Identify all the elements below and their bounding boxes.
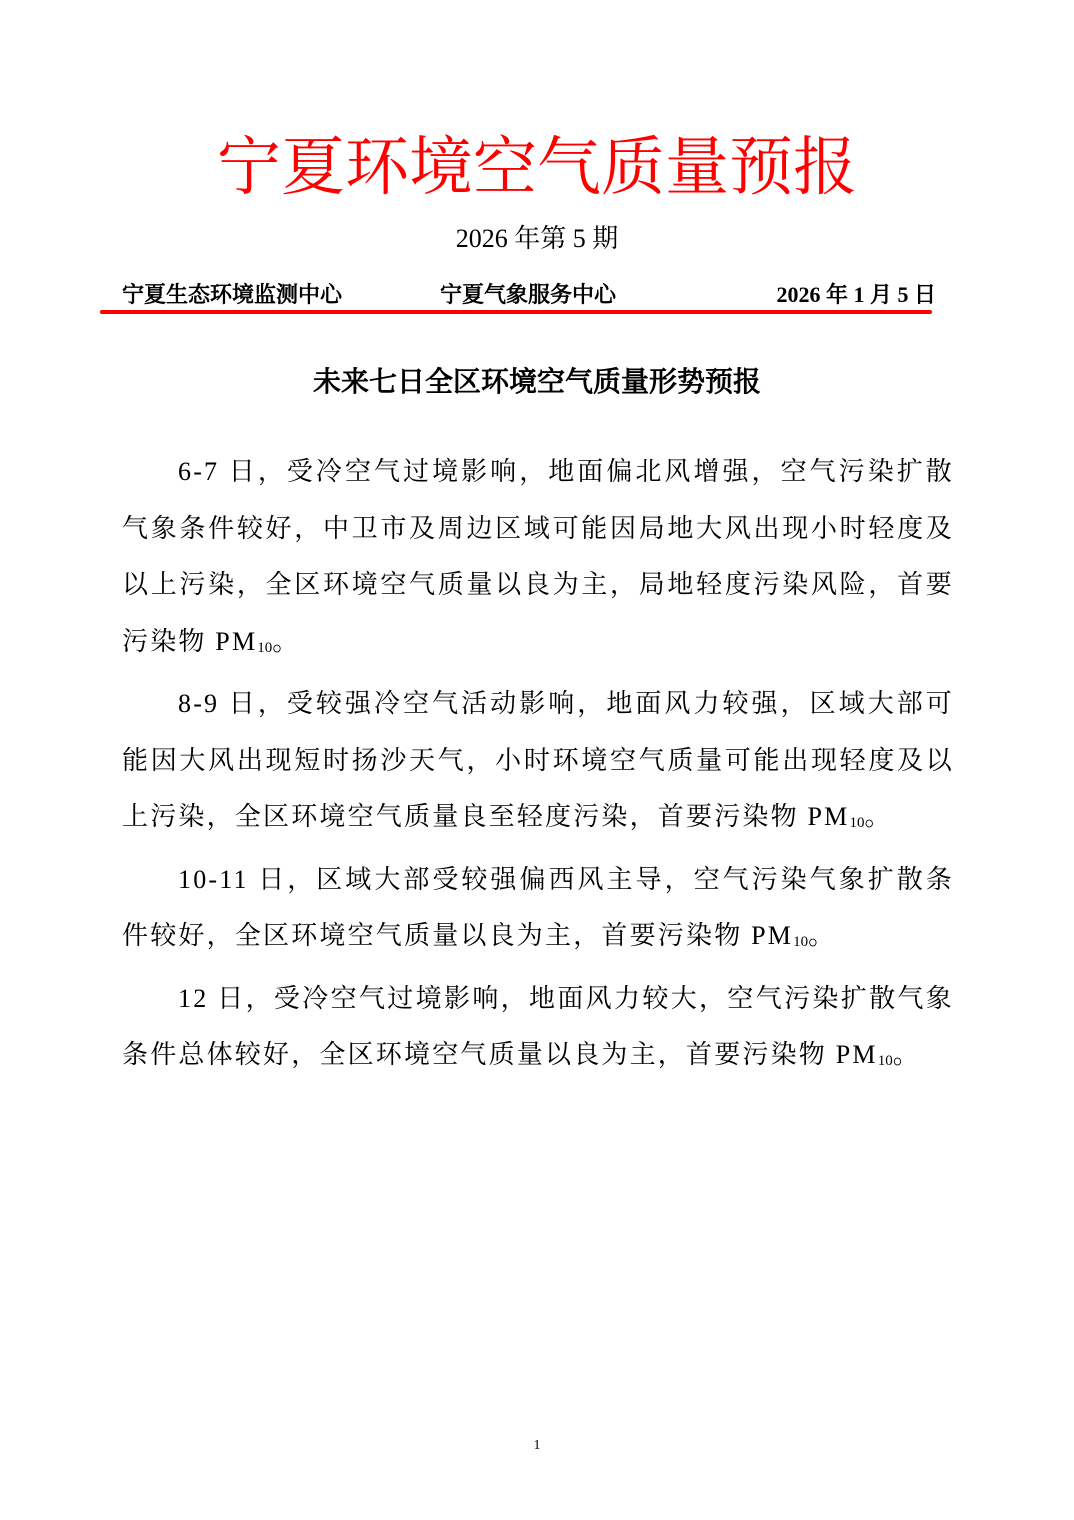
paragraph-6-7: 6-7 日，受冷空气过境影响，地面偏北风增强，空气污染扩散气象条件较好，中卫市及… (122, 444, 954, 676)
page-number: 1 (0, 1438, 1074, 1454)
issuer-meteorological-center: 宁夏气象服务中心 (440, 280, 616, 310)
paragraph-12: 12 日，受冷空气过境影响，地面风力较大，空气污染扩散气象条件总体较好，全区环境… (122, 971, 954, 1090)
issuer-row: 宁夏生态环境监测中心 宁夏气象服务中心 2026 年 1 月 5 日 (122, 280, 936, 310)
paragraph-8-9: 8-9 日，受较强冷空气活动影响，地面风力较强，区域大部可能因大风出现短时扬沙天… (122, 676, 954, 852)
masthead-title: 宁夏环境空气质量预报 (0, 128, 1074, 208)
document-title: 未来七日全区环境空气质量形势预报 (0, 362, 1074, 402)
issue-number: 2026 年第 5 期 (0, 222, 1074, 256)
issuer-monitoring-center: 宁夏生态环境监测中心 (122, 280, 342, 310)
paragraph-10-11: 10-11 日，区域大部受较强偏西风主导，空气污染气象扩散条件较好，全区环境空气… (122, 852, 954, 971)
red-divider (100, 310, 932, 314)
issue-date: 2026 年 1 月 5 日 (776, 280, 936, 310)
document-body: 6-7 日，受冷空气过境影响，地面偏北风增强，空气污染扩散气象条件较好，中卫市及… (122, 444, 954, 1090)
document-page: 宁夏环境空气质量预报 2026 年第 5 期 宁夏生态环境监测中心 宁夏气象服务… (0, 0, 1074, 1520)
